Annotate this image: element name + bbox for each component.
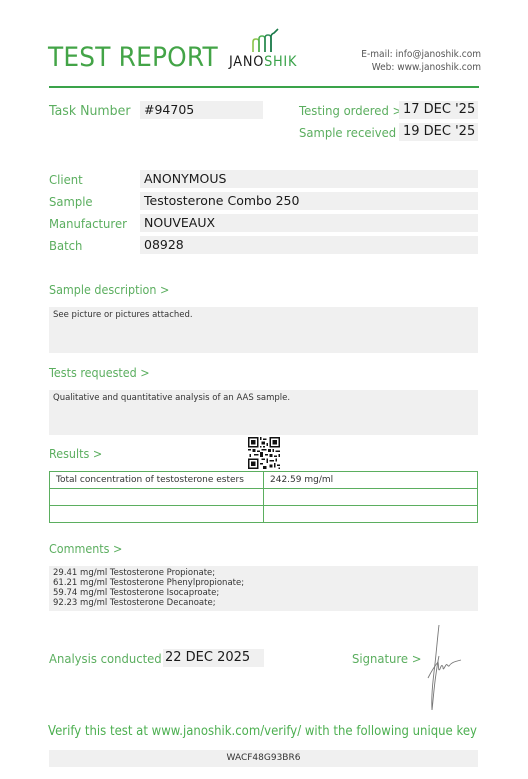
- result-value-cell: 242.59 mg/ml: [264, 472, 478, 489]
- unique-key: WACF48G93BR6: [49, 750, 478, 767]
- task-number-value: #94705: [140, 101, 263, 119]
- janoshik-logo: JANOSHIK: [229, 28, 305, 74]
- results-table: Total concentration of testosterone este…: [49, 471, 478, 523]
- results-heading: Results >: [49, 447, 102, 461]
- testing-ordered-label: Testing ordered >: [299, 103, 402, 118]
- manufacturer-label: Manufacturer: [49, 216, 127, 231]
- comment-line: 29.41 mg/ml Testosterone Propionate;: [53, 568, 474, 578]
- verify-instructions: Verify this test at www.janoshik.com/ver…: [48, 724, 477, 739]
- result-name-cell: [50, 506, 264, 523]
- signature-label: Signature >: [352, 651, 422, 666]
- comments-heading: Comments >: [49, 542, 122, 556]
- web-line[interactable]: Web: www.janoshik.com: [361, 61, 481, 74]
- analysis-conducted-label: Analysis conducted >: [49, 651, 175, 666]
- analysis-conducted-date: 22 DEC 2025: [163, 649, 264, 667]
- sample-received-value: 19 DEC '25: [399, 123, 478, 141]
- client-label: Client: [49, 172, 83, 187]
- batch-label: Batch: [49, 238, 82, 253]
- table-row: [50, 489, 478, 506]
- result-name-cell: [50, 489, 264, 506]
- email-line[interactable]: E-mail: info@janoshik.com: [361, 48, 481, 61]
- logo-wordmark: JANOSHIK: [229, 54, 297, 70]
- sample-description-text: See picture or pictures attached.: [53, 310, 193, 320]
- comments-box: 29.41 mg/ml Testosterone Propionate; 61.…: [49, 566, 478, 611]
- sample-label: Sample: [49, 194, 93, 209]
- logo-text-green: SHIK: [264, 54, 297, 70]
- qr-code-icon[interactable]: [248, 437, 280, 469]
- logo-text-dark: JANO: [229, 54, 264, 70]
- result-value-cell: [264, 506, 478, 523]
- sample-received-label: Sample received >: [299, 125, 410, 140]
- report-title: TEST REPORT: [48, 42, 218, 73]
- batch-value: 08928: [140, 236, 478, 254]
- bar-chart-logo-icon: [251, 28, 281, 54]
- client-value: ANONYMOUS: [140, 170, 478, 188]
- sample-description-box: See picture or pictures attached.: [49, 307, 478, 353]
- result-value-cell: [264, 489, 478, 506]
- header-divider: [49, 86, 479, 88]
- sample-description-heading: Sample description >: [49, 283, 169, 297]
- tests-requested-heading: Tests requested >: [49, 366, 150, 380]
- tests-requested-text: Qualitative and quantitative analysis of…: [53, 393, 290, 403]
- tests-requested-box: Qualitative and quantitative analysis of…: [49, 390, 478, 435]
- manufacturer-value: NOUVEAUX: [140, 214, 478, 232]
- task-number-label: Task Number: [49, 103, 131, 119]
- testing-ordered-value: 17 DEC '25: [399, 101, 478, 119]
- comment-line: 61.21 mg/ml Testosterone Phenylpropionat…: [53, 578, 474, 588]
- comment-line: 59.74 mg/ml Testosterone Isocaproate;: [53, 588, 474, 598]
- table-row: Total concentration of testosterone este…: [50, 472, 478, 489]
- sample-value: Testosterone Combo 250: [140, 192, 478, 210]
- comment-line: 92.23 mg/ml Testosterone Decanoate;: [53, 598, 474, 608]
- contact-info: E-mail: info@janoshik.com Web: www.janos…: [361, 48, 481, 74]
- table-row: [50, 506, 478, 523]
- handwritten-signature-icon: [425, 622, 470, 714]
- result-name-cell: Total concentration of testosterone este…: [50, 472, 264, 489]
